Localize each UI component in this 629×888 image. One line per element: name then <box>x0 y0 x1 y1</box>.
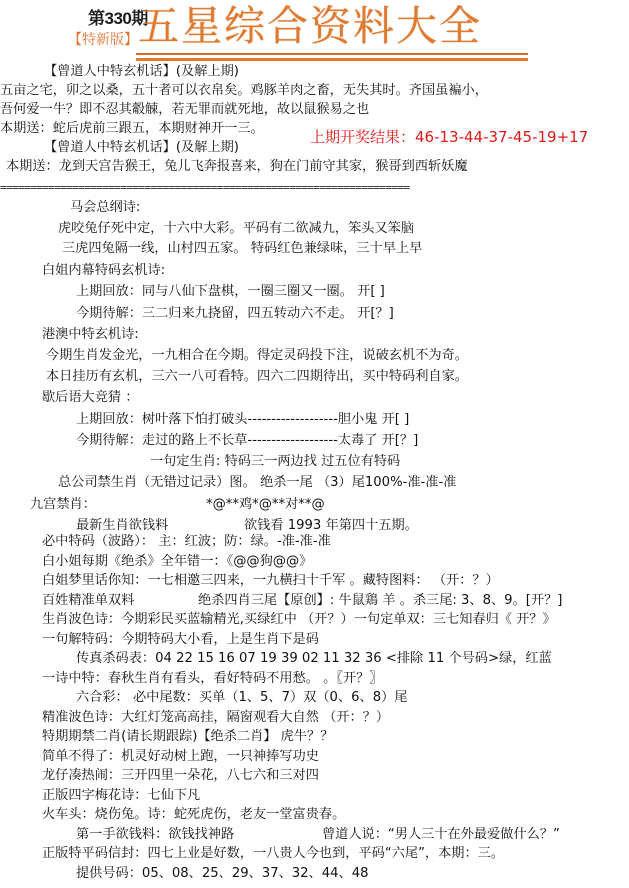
text-line: 正版特平码信封：四七上业是好数，一八贵人今也到，平码“六尾”，本期：三。 <box>42 845 504 863</box>
text-line: 百姓精准单双料 <box>42 592 134 610</box>
text-line: 本期送：龙到天宫告猴王，兔儿飞奔报喜来，狗在门前守其家，猴哥到西斩妖魔 <box>6 158 468 176</box>
text-line: 今期待解：走过的路上不长草-------------------太毒了 开[？] <box>76 432 418 450</box>
text-line: 上期回放：树叶落下怕打破头-------------------胆小鬼 开[ ] <box>76 411 409 429</box>
text-line: 火车头：烧伤兔。诗：蛇死虎伤，老友一堂富贵春。 <box>42 806 345 824</box>
text-line: 传真杀码表：04 22 15 16 07 19 39 02 11 32 36 <… <box>76 650 552 668</box>
text-line: 龙仔凑热闹：三开四里一朵花，八七六和三对四 <box>42 767 319 785</box>
text-line: 绝杀四肖三尾【原创】: 牛鼠鶏 羊 。杀三尾: 3、8、9。[开？] <box>198 592 562 610</box>
text-line: 生肖波色诗：今期彩民买蓝输精光,买绿红中 （开？）一句定单双：三七知春归《 开？… <box>42 611 556 629</box>
text-line: 白姐梦里话你知：一七相邀三四来，一九横扫十千军 。藏特图料： （开：？） <box>42 572 499 590</box>
text-line: 吾何爱一牛？即不忍其觳觫，若无罪而就死地，故以鼠猴易之也 <box>0 101 369 119</box>
text-line: 第一手欲钱料：欲钱找神路 <box>76 826 234 844</box>
poem-line: 虎咬兔仔死中定，十六中大彩。平码有二欲减九，笨头又笨脑 <box>58 220 414 238</box>
text-line: 上期回放：同与八仙下盘棋，一圈三圈又一圈。 开[ ] <box>76 283 385 301</box>
section-heading: 歇后语大竞猜 ： <box>42 389 139 407</box>
text-line: 白小姐每期《绝杀》全年错一：《@@狗@@》 <box>42 553 312 571</box>
section-heading: 九宫禁肖： <box>30 496 96 514</box>
separator: ========================================… <box>0 179 410 197</box>
section-heading: 【曾道人中特玄机话】(及解上期) <box>44 63 239 81</box>
text-line: 一句解特码：今期特码大小看，上是生肖下是码 <box>42 631 319 649</box>
title-underline <box>136 53 528 55</box>
title-underline-thick <box>136 58 528 61</box>
text-line: 今期待解：三二归来九挠留，四五转动六不走。 开[？] <box>76 305 394 323</box>
page-header: 第330期 【特新版】 五星综合资料大全 <box>0 0 629 62</box>
last-draw-result: 上期开奖结果：46-13-44-37-45-19+17 <box>310 128 588 146</box>
text-line: 正版四字梅花诗：七仙下凡 <box>42 787 200 805</box>
edition-label: 【特新版】 <box>68 29 138 49</box>
text-line: 总公司禁生肖（无错过记录）图。 绝杀一尾 （3）尾100%-准-准-准 <box>58 474 456 492</box>
text-line: 一诗中特：春秋生肖有看头，看好特码不用愁。 。〖开？〗 <box>42 670 382 688</box>
text-line: 一句定生肖: 特码三一两边找 过五位有特码 <box>150 453 400 471</box>
text-line: 提供号码：05、08、25、29、37、32、44、48 <box>76 865 369 883</box>
text-line: 五亩之宅，卯之以桑，五十者可以衣帛矣。鸡豚羊肉之畜，无失其时。齐国虽褊小， <box>0 82 488 100</box>
text-line: *@**鸡*@**对**@ <box>206 496 325 514</box>
poem-line: 今期生肖发金光，一九相合在今期。得定灵码投下注，说破玄机不为奇。 <box>46 347 468 365</box>
section-heading: 马会总纲诗: <box>70 199 140 217</box>
text-line: 特期期禁二肖(请长期跟踪)【绝杀二肖】 虎牛？？ <box>42 728 333 746</box>
poem-line: 三虎四兔隔一线，山村四五家。 特码红色兼绿味，三十早上早 <box>62 240 422 258</box>
page-title: 五星综合资料大全 <box>138 0 482 52</box>
text-line: 必中特码（波路）： 主：红波；防：绿。-准-准-准 <box>42 533 331 551</box>
text-line: 简单不得了：机灵好动树上跑，一只神捧写功史 <box>42 748 319 766</box>
section-heading: 白姐内幕特码玄机诗: <box>42 262 165 280</box>
poem-line: 本日挂历有玄机，三六一八可看特。四六二四期待出，买中特码利自家。 <box>46 368 468 386</box>
section-heading: 【曾道人中特玄机话】(及解上期) <box>44 139 239 157</box>
text-line: 本期送：蛇后虎前三跟五，本期财神开一三。 <box>0 120 264 138</box>
text-line: 精准波色诗：大红灯笼高高挂，隔窗观看大自然 （开：？） <box>42 709 389 727</box>
text-line: 曾道人说：“男人三十在外最爱做什么？” <box>322 826 560 844</box>
section-heading: 港澳中特玄机诗: <box>42 326 139 344</box>
text-line: 六合彩： 必中尾数：买单（1、5、7）双（0、6、8）尾 <box>76 689 407 707</box>
